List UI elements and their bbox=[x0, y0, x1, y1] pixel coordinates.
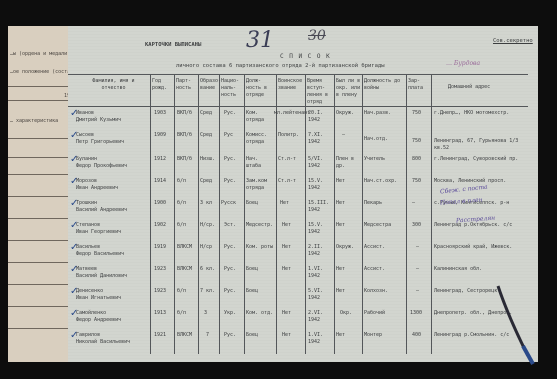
table-row: ✓ Васильев Федор Васильевич 1919 ВЛКСМ Н… bbox=[68, 244, 528, 266]
table-row: ✓ Матвеев Василий Данилович 1923 ВЛКСМ 6… bbox=[68, 266, 528, 288]
table-row: ✓ Гаврилов Николай Васильевич 1921 ВЛКСМ… bbox=[68, 332, 528, 354]
handwritten-page-number: 31 bbox=[246, 28, 274, 53]
col-header-party: Парт-ность bbox=[176, 78, 198, 92]
document-subtitle: личного состава 6 партизанского отряда 2… bbox=[176, 63, 385, 69]
col-header-nationality: Нацио-наль-ность bbox=[221, 78, 243, 99]
col-header-captive: Был ли в окр. или в плену bbox=[336, 78, 362, 99]
card-line-status: …ое положение (состав) bbox=[10, 69, 76, 75]
document-page: КАРТОЧКИ ВЫПИСАНЫ 31 30 С П И С О К личн… bbox=[68, 26, 538, 362]
col-header-salary: Зар-плата bbox=[408, 78, 430, 92]
document-title: С П И С О К bbox=[280, 53, 331, 60]
col-header-position: Долж-ность в отряде bbox=[246, 78, 274, 99]
col-header-name: Фамилия, имя и отчество bbox=[86, 78, 141, 92]
col-header-address: Домашний адрес bbox=[448, 84, 490, 91]
subtitle-handwritten-note: … Бурдова bbox=[446, 60, 480, 67]
classification-stamp: Сов.секретно bbox=[493, 38, 533, 44]
stamp-cards-written: КАРТОЧКИ ВЫПИСАНЫ bbox=[145, 42, 201, 48]
col-header-prewar: Должность до войны bbox=[364, 78, 404, 92]
table-row: ✓ Сысоев Петр Григорьевич 1909 ВКП/б Сре… bbox=[68, 132, 528, 154]
table-row: ✓ Денисенко Иван Игнатьевич 1923 б/п 7 к… bbox=[68, 288, 528, 310]
table-row: ✓ Степанов Иван Георгиевич 1902 б/п Н/ср… bbox=[68, 222, 528, 244]
table-row: ✓ Самойленко Федор Андреевич 1913 б/п 3 … bbox=[68, 310, 528, 332]
col-header-rank: Воинское звание bbox=[278, 78, 304, 92]
card-line-characteristic: … характеристика bbox=[10, 118, 58, 124]
card-line-awards: …ы (ордена и медали) bbox=[10, 51, 70, 57]
table-row: ✓ Иванов Дмитрий Кузьмич 1903 ВКП/б Сред… bbox=[68, 110, 528, 132]
pen-stroke-mark bbox=[468, 276, 538, 366]
col-header-year: Год рожд. bbox=[152, 78, 172, 92]
crossed-page-number: 30 bbox=[308, 28, 326, 44]
col-header-education: Образо-вание bbox=[200, 78, 219, 92]
col-header-joined: Время вступ-ления в отряд bbox=[307, 78, 333, 106]
table-row: ✓ Буланин Федор Прокофьевич 1912 ВКП/б Н… bbox=[68, 156, 528, 178]
